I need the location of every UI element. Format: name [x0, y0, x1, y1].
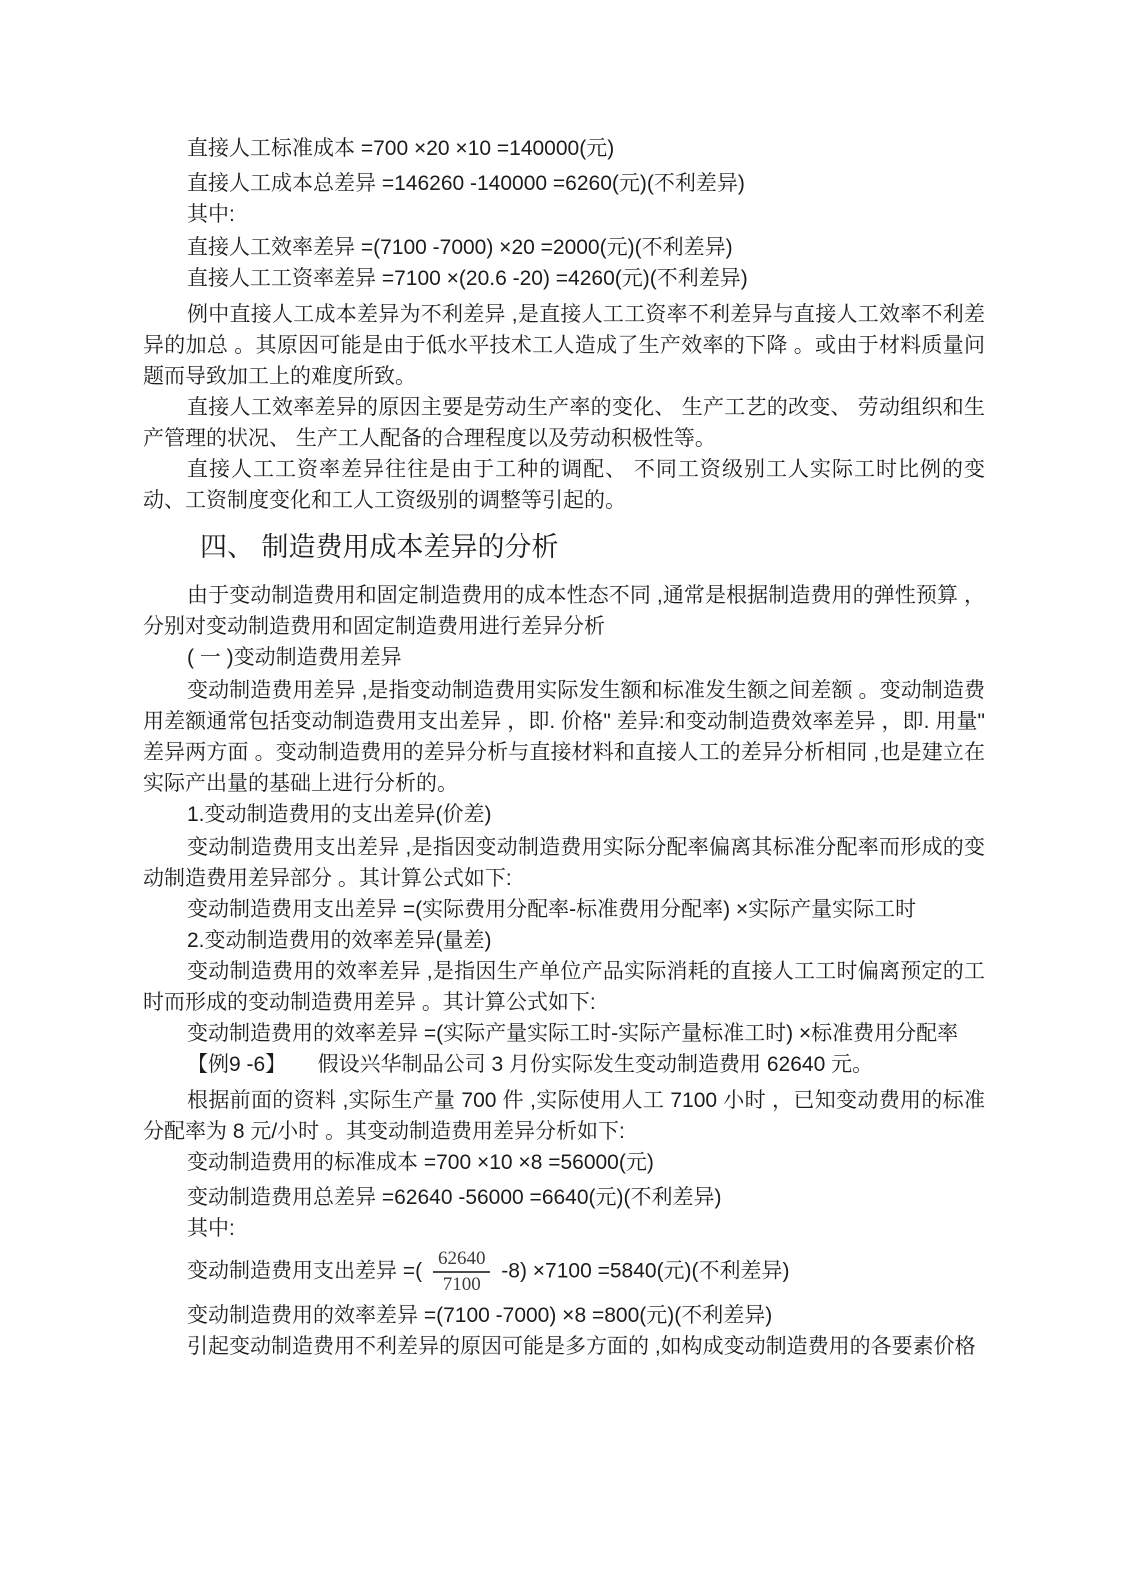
formula-variable-overhead-standard-cost: 变动制造费用的标准成本 =700 ×10 ×8 =56000(元) — [143, 1147, 985, 1178]
document-content: 直接人工标准成本 =700 ×20 ×10 =140000(元) 直接人工成本总… — [143, 133, 985, 1362]
formula-spending-variance-calculation: 变动制造费用支出差异 =( 626407100 -8) ×7100 =5840(… — [143, 1248, 985, 1296]
paragraph-unfavorable-variance-causes: 引起变动制造费用不利差异的原因可能是多方面的 ,如构成变动制造费用的各要素价格 — [143, 1331, 985, 1362]
paragraph-labor-variance-explanation: 例中直接人工成本差异为不利差异 ,是直接人工工资率不利差异与直接人工效率不利差异… — [143, 299, 985, 392]
subheading-spending-variance: 1.变动制造费用的支出差异(价差) — [143, 799, 985, 830]
paragraph-spending-variance-definition: 变动制造费用支出差异 ,是指因变动制造费用实际分配率偏离其标准分配率而形成的变动… — [143, 832, 985, 894]
paragraph-overhead-intro: 由于变动制造费用和固定制造费用的成本性态不同 ,通常是根据制造费用的弹性预算 ，… — [143, 580, 985, 642]
formula-efficiency-variance-general: 变动制造费用的效率差异 =(实际产量实际工时-实际产量标准工时) ×标准费用分配… — [143, 1018, 985, 1049]
formula-direct-labor-total-variance: 直接人工成本总差异 =146260 -140000 =6260(元)(不利差异) — [143, 168, 985, 199]
formula-direct-labor-wage-rate-variance: 直接人工工资率差异 =7100 ×(20.6 -20) =4260(元)(不利差… — [143, 263, 985, 294]
label-including-2: 其中: — [143, 1213, 985, 1244]
section-heading-overhead-variance-analysis: 四、 制造费用成本差异的分析 — [143, 526, 985, 568]
paragraph-variable-overhead-definition: 变动制造费用差异 ,是指变动制造费用实际发生额和标准发生额之间差额 。变动制造费… — [143, 675, 985, 799]
fraction: 626407100 — [433, 1248, 491, 1296]
fraction-formula-prefix: 变动制造费用支出差异 =( — [187, 1260, 428, 1283]
formula-direct-labor-standard-cost: 直接人工标准成本 =700 ×20 ×10 =140000(元) — [143, 133, 985, 164]
formula-spending-variance-general: 变动制造费用支出差异 =(实际费用分配率-标准费用分配率) ×实际产量实际工时 — [143, 894, 985, 925]
subheading-variable-overhead-variance: ( 一 )变动制造费用差异 — [143, 642, 985, 673]
label-including: 其中: — [143, 199, 985, 230]
formula-efficiency-variance-calculation: 变动制造费用的效率差异 =(7100 -7000) ×8 =800(元)(不利差… — [143, 1300, 985, 1331]
paragraph-example-data: 根据前面的资料 ,实际生产量 700 件 ,实际使用人工 7100 小时 ，已知… — [143, 1085, 985, 1147]
fraction-denominator: 7100 — [433, 1273, 491, 1296]
fraction-formula-suffix: -8) ×7100 =5840(元)(不利差异) — [495, 1260, 789, 1283]
paragraph-wage-rate-variance-causes: 直接人工工资率差异往往是由于工种的调配、 不同工资级别工人实际工时比例的变动、工… — [143, 454, 985, 516]
formula-direct-labor-efficiency-variance: 直接人工效率差异 =(7100 -7000) ×20 =2000(元)(不利差异… — [143, 232, 985, 263]
paragraph-efficiency-variance-definition: 变动制造费用的效率差异 ,是指因生产单位产品实际消耗的直接人工工时偏离预定的工时… — [143, 956, 985, 1018]
subheading-efficiency-variance: 2.变动制造费用的效率差异(量差) — [143, 925, 985, 956]
fraction-numerator: 62640 — [433, 1248, 491, 1273]
formula-variable-overhead-total-variance: 变动制造费用总差异 =62640 -56000 =6640(元)(不利差异) — [143, 1182, 985, 1213]
document-page: 直接人工标准成本 =700 ×20 ×10 =140000(元) 直接人工成本总… — [0, 0, 1128, 1570]
example-9-6-label-line: 【例9 -6】 假设兴华制品公司 3 月份实际发生变动制造费用 62640 元。 — [143, 1049, 985, 1080]
paragraph-efficiency-variance-causes: 直接人工效率差异的原因主要是劳动生产率的变化、 生产工艺的改变、 劳动组织和生产… — [143, 392, 985, 454]
